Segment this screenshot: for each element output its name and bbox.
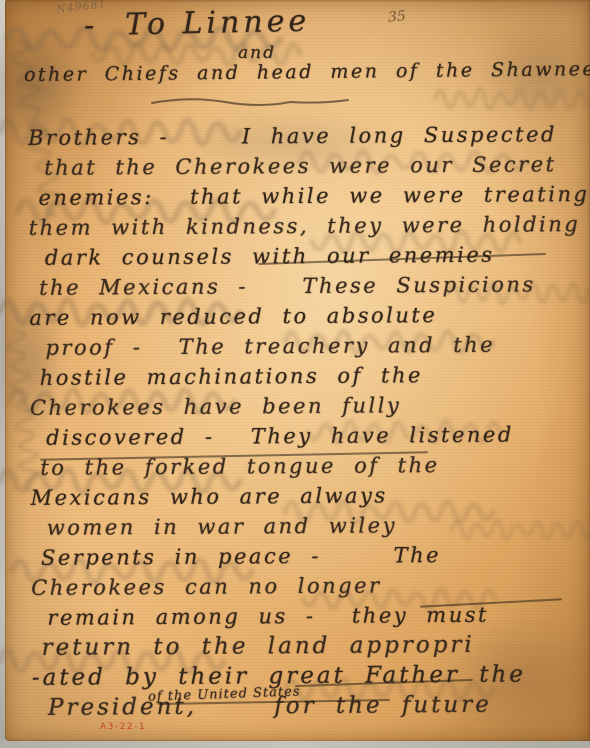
handwritten-line: enemies: that while we were treating	[38, 179, 576, 213]
page-number: 35	[387, 8, 406, 25]
handwritten-line: Mexicans who are always	[30, 479, 578, 513]
handwritten-line: Cherokees have been fully	[30, 389, 578, 423]
scan-background: N49681 35 - To Linnee and other Chiefs a…	[0, 0, 590, 748]
handwritten-line: that the Cherokees were our Secret	[44, 149, 576, 183]
handwritten-line: are now reduced to absolute	[29, 299, 577, 333]
scanner-bed-bottom-strip	[0, 740, 590, 748]
handwritten-line: Serpents in peace - The	[41, 539, 579, 573]
handwritten-line: return to the land appropri	[41, 629, 579, 663]
handwritten-line: dark counsels with our enemies	[45, 239, 577, 273]
handwritten-line: Brothers - I have long Suspected	[28, 119, 576, 153]
handwritten-line: women in war and wiley	[47, 509, 579, 543]
letter-addressee: - To Linnee	[84, 4, 311, 44]
handwritten-line: the Mexicans - These Suspicions	[39, 269, 577, 303]
handwritten-line: them with kindness, they were holding	[29, 209, 577, 243]
handwritten-line: remain among us - they must	[47, 599, 579, 633]
handwritten-line: proof - The treachery and the	[45, 329, 577, 363]
handwritten-line: discovered - They have listened	[46, 419, 578, 453]
catalog-number: A3-22-1	[100, 722, 146, 732]
handwritten-line: President, for the future	[48, 689, 580, 723]
handwritten-line: -ated by their great Father the	[32, 659, 580, 693]
handwritten-line: hostile machinations of the	[40, 359, 578, 393]
handwritten-line: to the forked tongue of the	[40, 449, 578, 483]
letter-body: Brothers - I have long Suspected that th…	[28, 119, 580, 723]
handwritten-line: Cherokees can no longer	[31, 569, 579, 603]
letter-heading-and: and	[238, 43, 276, 63]
